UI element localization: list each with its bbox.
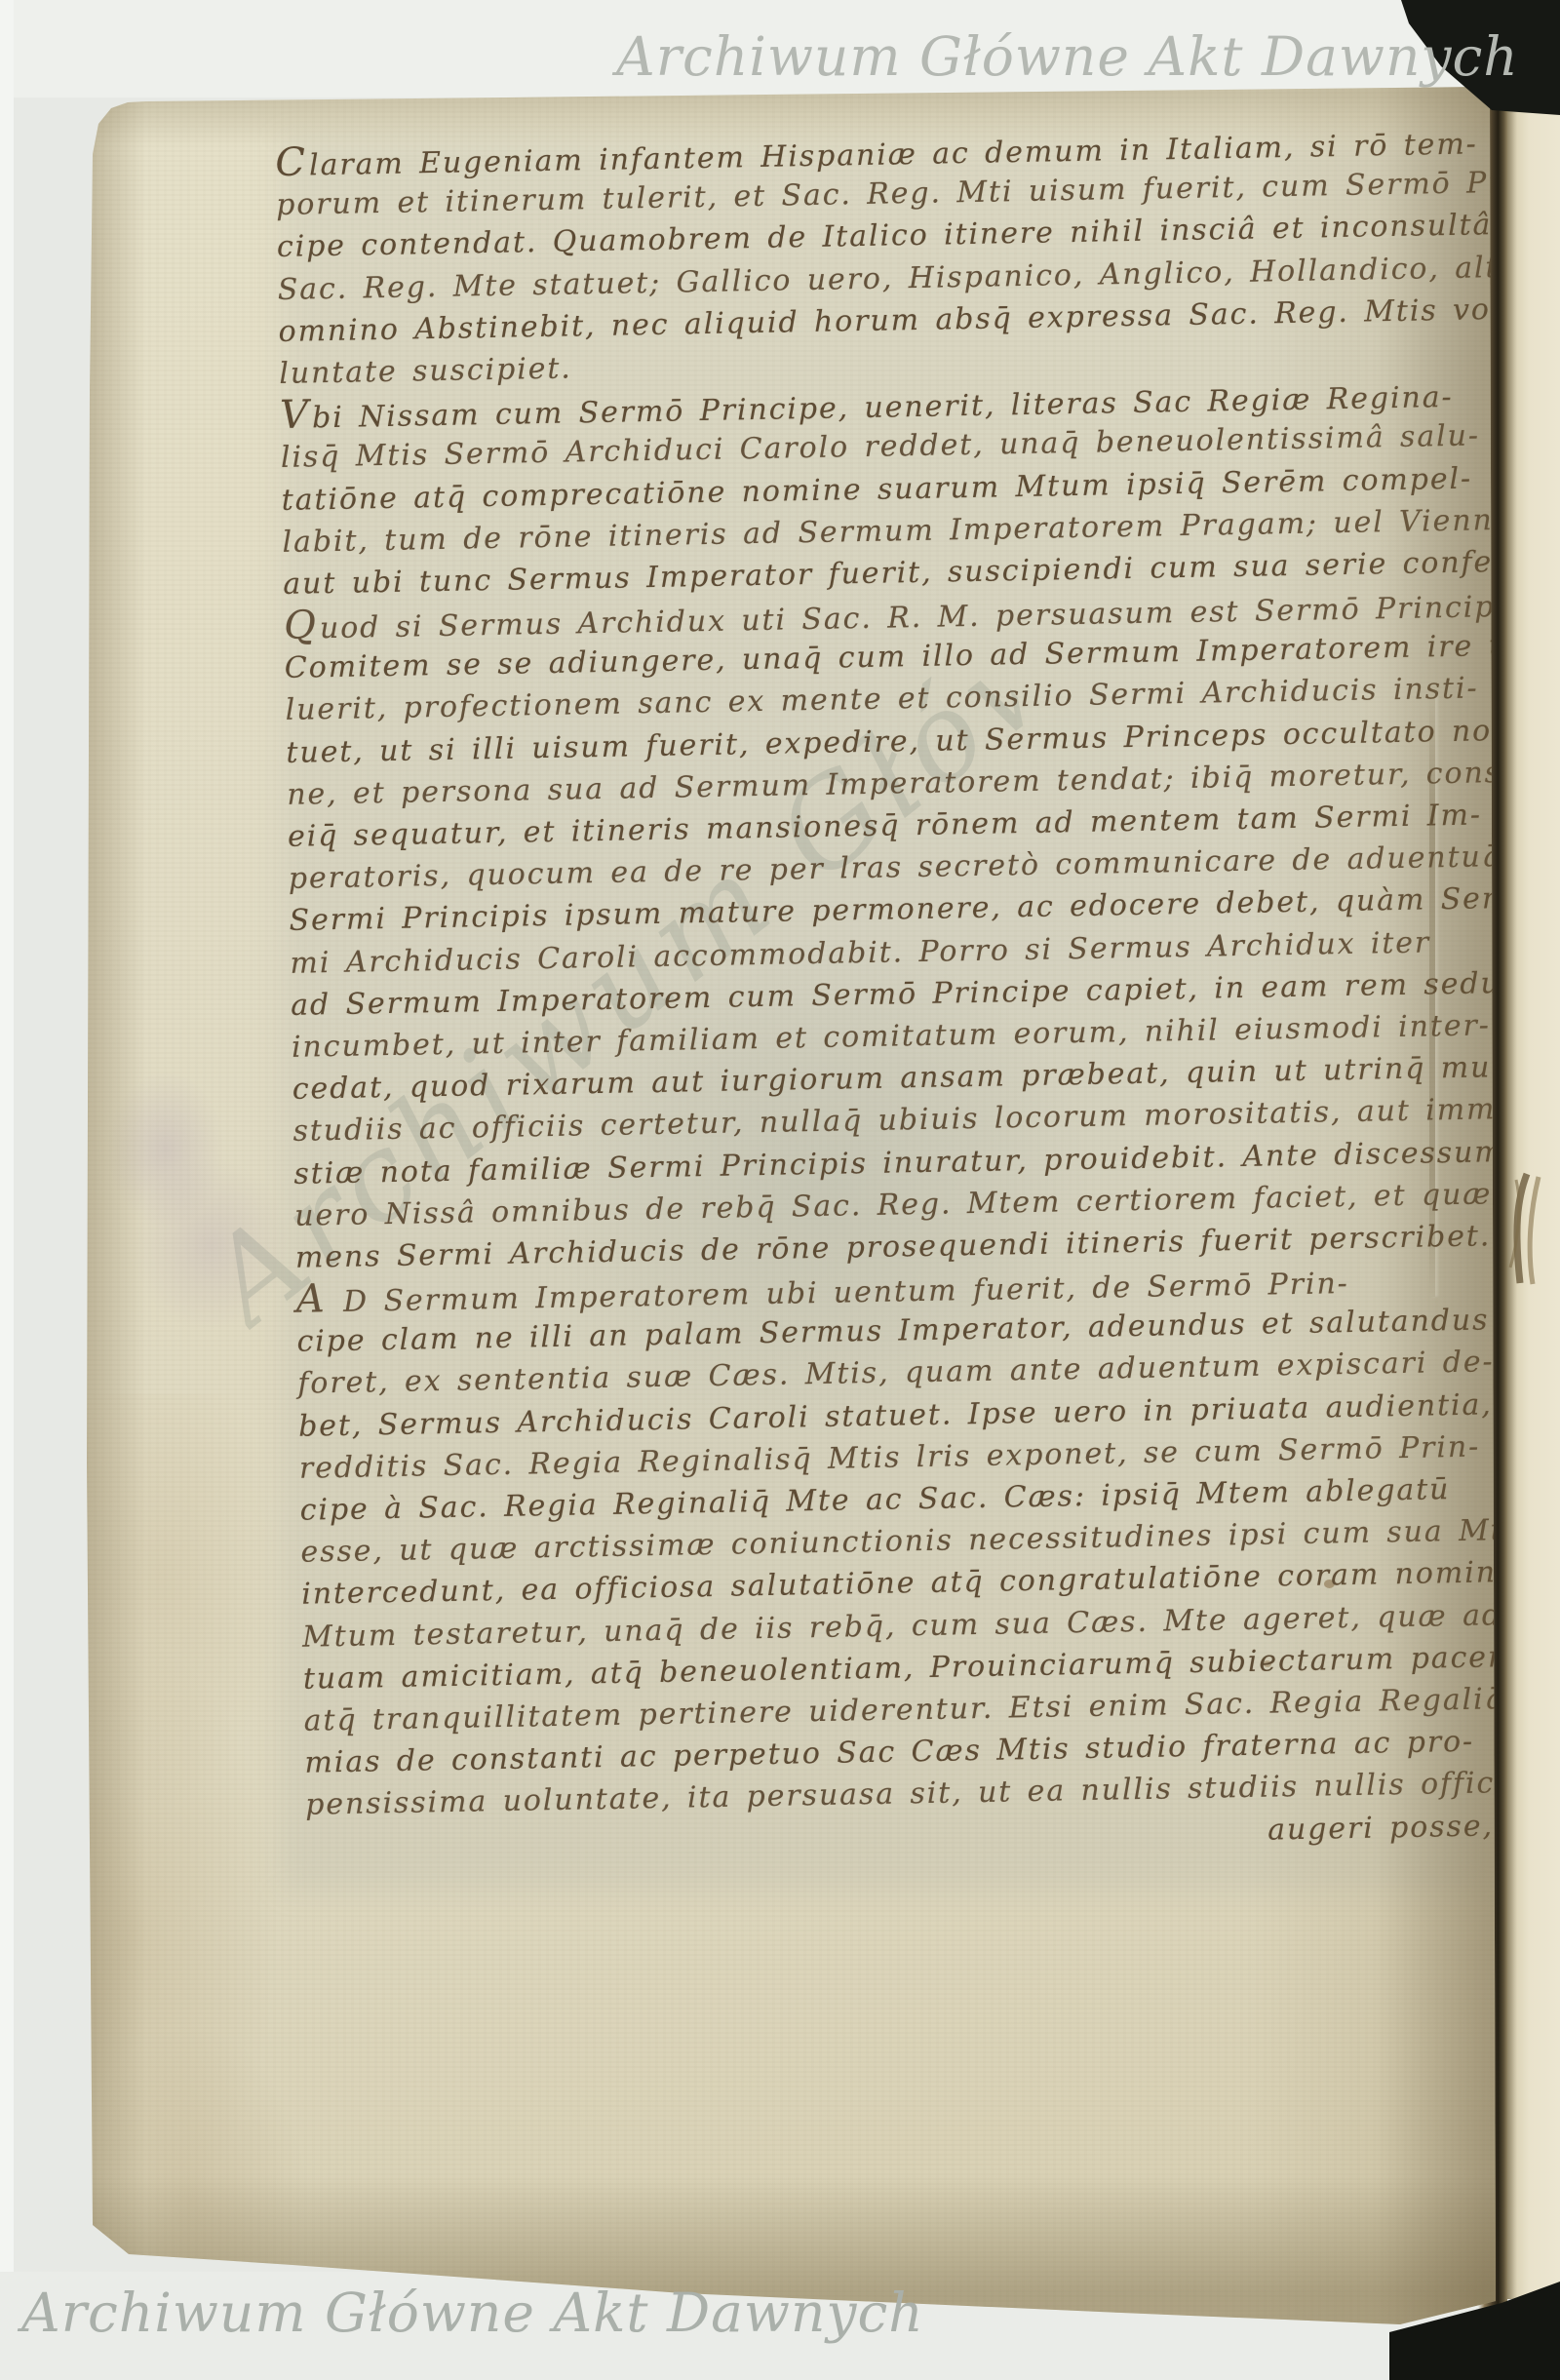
paper-fiber-tuft xyxy=(1486,1168,1560,1291)
purple-ink-smudge xyxy=(76,1068,300,1341)
scanner-background-top xyxy=(0,0,1560,98)
scanned-manuscript-view: Archiwum Główne Akt Dawnych Claram Eugen… xyxy=(0,0,1560,2380)
manuscript-page: Archiwum Główne Akt Dawnych Claram Eugen… xyxy=(0,0,1560,2380)
paper-stain xyxy=(29,1394,322,2291)
scanner-background-left-edge xyxy=(0,0,14,2380)
manuscript-text-block: Claram Eugeniam infantem Hispaniæ ac dem… xyxy=(275,120,1527,1868)
